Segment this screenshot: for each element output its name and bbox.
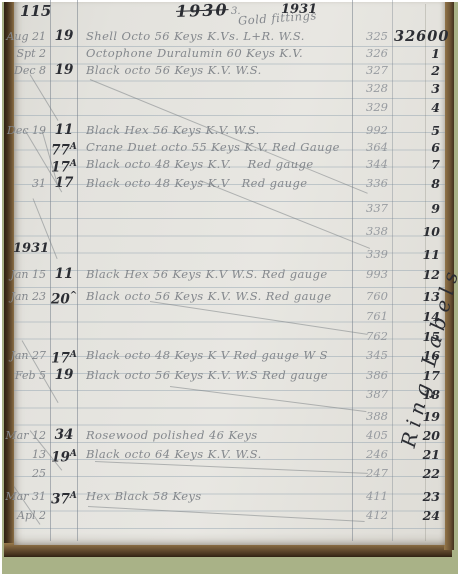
description-cell: Hex Black 58 Keys <box>86 488 350 505</box>
ledger-row: 76114 <box>0 308 460 325</box>
model-number-cell: 11 <box>51 122 77 139</box>
model-suffix: A <box>70 159 77 169</box>
ledger-row: 3117Black octo 48 Keys K.V Red gauge3368 <box>0 175 460 192</box>
model-number-cell: 19 <box>51 367 77 384</box>
book-bottom-edge <box>4 543 452 557</box>
serial-number-cell: 344 <box>354 156 388 173</box>
ledger-row: 1319ABlack octo 64 Keys K.V. W.S.24621 <box>0 446 460 463</box>
model-number-cell: 17A <box>51 347 77 368</box>
ledger-row: Jan 2320^Black octo 56 Keys K.V. W.S. Re… <box>0 288 460 305</box>
serial-number-cell: 993 <box>354 266 388 283</box>
model-suffix: A <box>70 350 77 360</box>
model-number-cell: 19 <box>51 62 77 79</box>
count-cell: 21 <box>394 446 446 463</box>
date-cell: 31 <box>2 175 46 192</box>
ledger-row: 38819 <box>0 408 460 425</box>
date-cell: Aug 21 <box>2 28 46 45</box>
serial-number-cell: 327 <box>354 62 388 79</box>
description-cell: Black octo 56 Keys K.V. W.S. <box>86 62 350 79</box>
count-cell: 6 <box>394 139 446 156</box>
count-cell: 15 <box>394 328 446 345</box>
count-cell: 13 <box>394 288 446 305</box>
serial-number-cell: 411 <box>354 488 388 505</box>
ledger-row: Spt 2Octophone Duralumin 60 Keys K.V.326… <box>0 45 460 62</box>
count-cell: 16 <box>394 347 446 364</box>
serial-number-cell: 992 <box>354 122 388 139</box>
ledger-row: Jan 2717ABlack octo 48 Keys K V Red gaug… <box>0 347 460 364</box>
scanned-ledger-page: 115 1930 3. 1931 Gold fittings 1931 Ring… <box>0 0 460 576</box>
serial-number-cell: 405 <box>354 427 388 444</box>
ledger-row: 17ABlack octo 48 Keys K.V. Red gauge3447 <box>0 156 460 173</box>
ledger-row: Aug 2119Shell Octo 56 Keys K.Vs. L+R. W.… <box>0 28 460 45</box>
model-suffix: ^ <box>70 291 78 301</box>
ledger-row: Dec 819Black octo 56 Keys K.V. W.S.3272 <box>0 62 460 79</box>
count-cell: 23 <box>394 488 446 505</box>
serial-number-cell: 337 <box>354 200 388 217</box>
date-cell: 25 <box>2 465 46 482</box>
model-number-cell: 34 <box>51 427 77 444</box>
count-cell: 12 <box>394 266 446 283</box>
date-cell: Apl 2 <box>2 507 46 524</box>
ledger-row: Jan 1511Black Hex 56 Keys K.V W.S. Red g… <box>0 266 460 283</box>
model-number-cell: 19 <box>51 28 77 45</box>
ledger-row: 76215 <box>0 328 460 345</box>
count-cell: 3 <box>394 80 446 97</box>
count-cell: 2 <box>394 62 446 79</box>
model-suffix: A <box>70 449 77 459</box>
ledger-row: 77ACrane Duet octo 55 Keys K.V. Red Gaug… <box>0 139 460 156</box>
description-cell: Black octo 56 Keys K.V. W.S Red gauge <box>86 367 350 384</box>
model-number-cell: 11 <box>51 266 77 283</box>
count-cell: 1 <box>394 45 446 62</box>
serial-number-cell: 387 <box>354 386 388 403</box>
ledger-row: 33911 <box>0 246 460 263</box>
date-cell: Jan 27 <box>2 347 46 364</box>
serial-number-cell: 364 <box>354 139 388 156</box>
ledger-row: 3283 <box>0 80 460 97</box>
date-cell: 13 <box>2 446 46 463</box>
serial-number-cell: 345 <box>354 347 388 364</box>
serial-number-cell: 246 <box>354 446 388 463</box>
count-cell: 18 <box>394 386 446 403</box>
serial-number-cell: 760 <box>354 288 388 305</box>
ledger-row: Feb 519Black octo 56 Keys K.V. W.S Red g… <box>0 367 460 384</box>
description-cell: Black octo 48 Keys K.V Red gauge <box>86 175 350 192</box>
description-cell: Black octo 56 Keys K.V. W.S. Red gauge <box>86 288 350 305</box>
count-cell: 24 <box>394 507 446 524</box>
count-cell: 14 <box>394 308 446 325</box>
description-cell: Shell Octo 56 Keys K.Vs. L+R. W.S. <box>86 28 350 45</box>
model-number-cell: 20^ <box>51 288 77 309</box>
serial-number-cell: 329 <box>354 99 388 116</box>
year-heading-struck: 1930 <box>176 0 229 21</box>
serial-number-cell: 325 <box>354 28 388 45</box>
count-cell: 4 <box>394 99 446 116</box>
ledger-row: 3379 <box>0 200 460 217</box>
folio-number: 115 <box>20 2 51 20</box>
ledger-row: 3294 <box>0 99 460 116</box>
ledger-row: 33810 <box>0 223 460 240</box>
description-cell: Octophone Duralumin 60 Keys K.V. <box>86 45 350 62</box>
serial-number-cell: 386 <box>354 367 388 384</box>
date-cell: Dec 8 <box>2 62 46 79</box>
count-cell: 17 <box>394 367 446 384</box>
count-cell: 19 <box>394 408 446 425</box>
serial-number-cell: 339 <box>354 246 388 263</box>
count-cell: 11 <box>394 246 446 263</box>
serial-number-cell: 328 <box>354 80 388 97</box>
count-cell: 32600 <box>394 28 446 45</box>
serial-number-cell: 338 <box>354 223 388 240</box>
model-suffix: A <box>70 491 77 501</box>
ledger-row: Apl 241224 <box>0 507 460 524</box>
serial-number-cell: 761 <box>354 308 388 325</box>
description-cell: Black octo 64 Keys K.V. W.S. <box>86 446 350 463</box>
count-cell: 22 <box>394 465 446 482</box>
count-cell: 10 <box>394 223 446 240</box>
count-cell: 9 <box>394 200 446 217</box>
count-cell: 20 <box>394 427 446 444</box>
count-cell: 8 <box>394 175 446 192</box>
count-cell: 5 <box>394 122 446 139</box>
description-cell: Black Hex 56 Keys K.V W.S. Red gauge <box>86 266 350 283</box>
model-suffix: A <box>70 142 77 152</box>
model-number-cell: 37A <box>51 488 77 509</box>
ledger-row: Mar 3137AHex Black 58 Keys41123 <box>0 488 460 505</box>
count-cell: 7 <box>394 156 446 173</box>
date-cell: Jan 23 <box>2 288 46 305</box>
date-cell: Spt 2 <box>2 45 46 62</box>
description-cell: Black octo 48 Keys K V Red gauge W S <box>86 347 350 364</box>
serial-number-cell: 762 <box>354 328 388 345</box>
ledger-row: Mar 1234Rosewood polished 46 Keys40520 <box>0 427 460 444</box>
description-cell: Crane Duet octo 55 Keys K.V. Red Gauge <box>86 139 350 156</box>
description-cell: Rosewood polished 46 Keys <box>86 427 350 444</box>
serial-number-cell: 326 <box>354 45 388 62</box>
date-cell: Jan 15 <box>2 266 46 283</box>
